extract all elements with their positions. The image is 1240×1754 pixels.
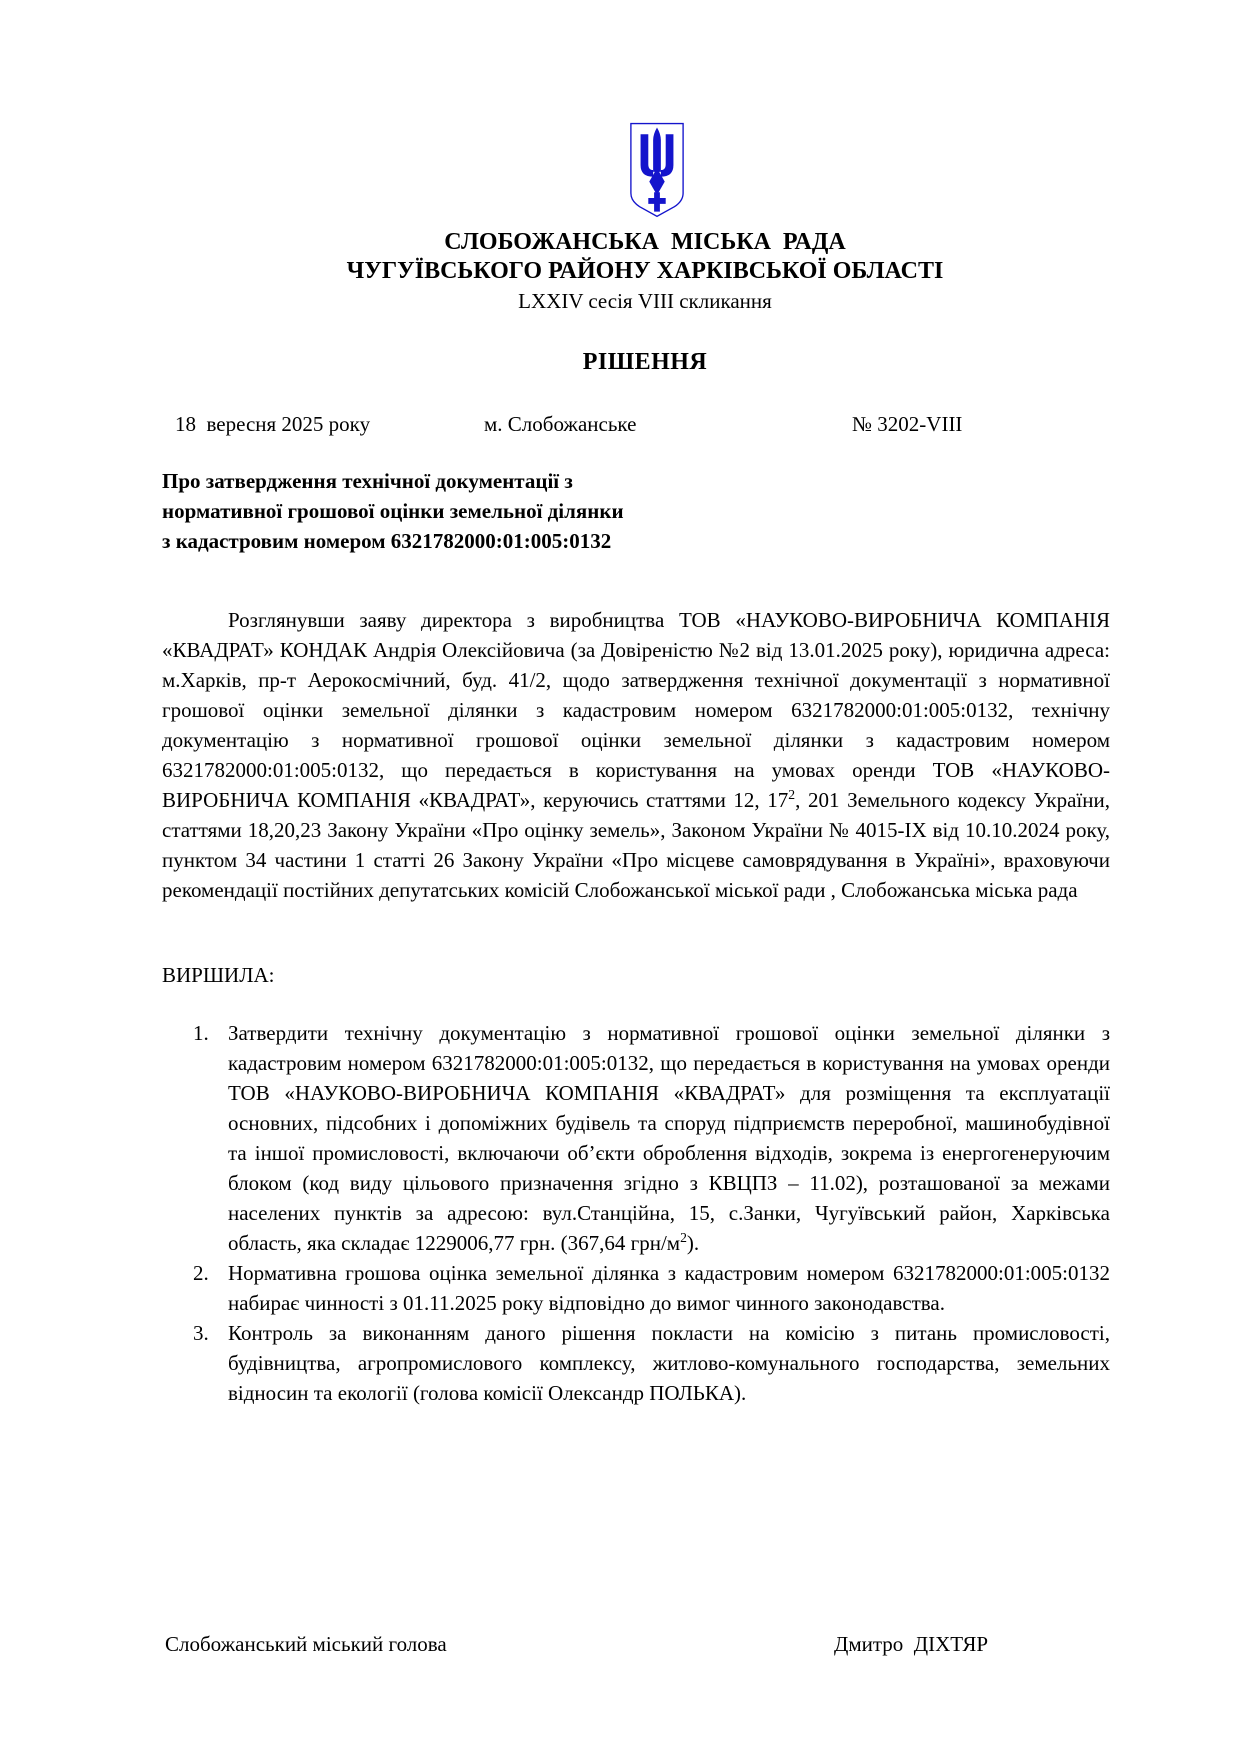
resolution-list: 1. Затвердити технічну документацію з но…	[162, 1018, 1110, 1408]
meta-row: 18 вересня 2025 року м. Слобожанське № 3…	[162, 412, 1110, 442]
subject-line-2: нормативної грошової оцінки земельної ді…	[162, 496, 822, 526]
item-text-part1: Нормативна грошова оцінка земельної діля…	[228, 1261, 1110, 1315]
item-superscript: 2	[680, 1230, 687, 1245]
signer-name: Дмитро ДІХТЯР	[834, 1632, 988, 1657]
preamble-text-part1: Розглянувши заяву директора з виробництв…	[162, 608, 1110, 812]
district-name: ЧУГУЇВСЬКОГО РАЙОНУ ХАРКІВСЬКОЇ ОБЛАСТІ	[100, 257, 1190, 286]
signer-title: Слобожанський міський голова	[162, 1632, 447, 1657]
decision-document-page: СЛОБОЖАНСЬКА МІСЬКА РАДА ЧУГУЇВСЬКОГО РА…	[0, 0, 1240, 1754]
subject-line-1: Про затвердження технічної документації …	[162, 466, 822, 496]
item-text-part1: Затвердити технічну документацію з норма…	[228, 1021, 1110, 1255]
item-text: Затвердити технічну документацію з норма…	[228, 1018, 1110, 1258]
coat-of-arms-emblem	[628, 120, 686, 225]
list-item: 2. Нормативна грошова оцінка земельної д…	[162, 1258, 1110, 1318]
subject-block: Про затвердження технічної документації …	[162, 466, 822, 556]
ukraine-trident-icon	[628, 120, 686, 220]
item-text-part1: Контроль за виконанням даного рішення по…	[228, 1321, 1110, 1405]
list-item: 3. Контроль за виконанням даного рішення…	[162, 1318, 1110, 1408]
council-name: СЛОБОЖАНСЬКА МІСЬКА РАДА	[100, 228, 1190, 257]
subject-line-3: з кадастровим номером 6321782000:01:005:…	[162, 526, 822, 556]
trident-glyph	[641, 127, 674, 211]
preamble-paragraph: Розглянувши заяву директора з виробництв…	[162, 605, 1110, 905]
session-line: LXXIV сесія VIII скликання	[100, 287, 1190, 315]
doc-type-title: РІШЕННЯ	[100, 349, 1190, 376]
doc-number: № 3202-VIII	[852, 412, 962, 437]
resolved-heading: ВИРШИЛА:	[162, 960, 274, 990]
item-text-part2: ).	[687, 1231, 699, 1255]
signature-row: Слобожанський міський голова Дмитро ДІХТ…	[162, 1632, 1110, 1657]
item-number: 3.	[162, 1318, 228, 1408]
item-number: 1.	[162, 1018, 228, 1258]
list-item: 1. Затвердити технічну документацію з но…	[162, 1018, 1110, 1258]
doc-place: м. Слобожанське	[484, 412, 636, 437]
org-header: СЛОБОЖАНСЬКА МІСЬКА РАДА ЧУГУЇВСЬКОГО РА…	[100, 228, 1190, 315]
doc-date: 18 вересня 2025 року	[175, 412, 370, 437]
item-text: Нормативна грошова оцінка земельної діля…	[228, 1258, 1110, 1318]
item-text: Контроль за виконанням даного рішення по…	[228, 1318, 1110, 1408]
item-number: 2.	[162, 1258, 228, 1318]
